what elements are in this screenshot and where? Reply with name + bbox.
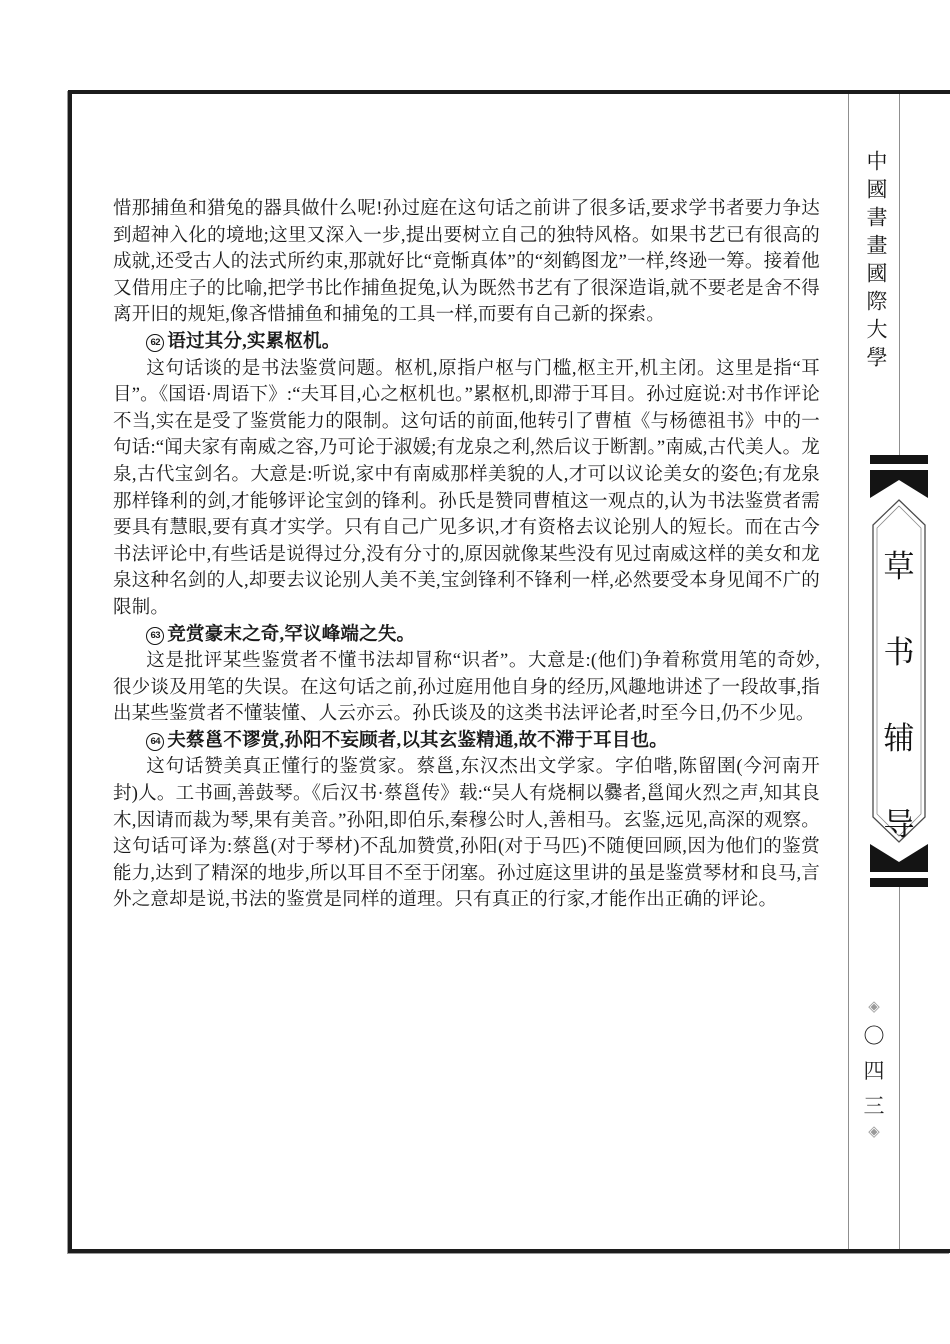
book-title-cartouche: 草 书 辅 导 bbox=[870, 455, 928, 887]
ornament-bottom-ribbon bbox=[870, 844, 928, 872]
paragraph: 惜那捕鱼和猎兔的器具做什么呢!孙过庭在这句话之前讲了很多话,要求学书者要力争达到… bbox=[113, 196, 820, 329]
book-title-char: 导 bbox=[884, 799, 915, 844]
section-heading-text: 语过其分,实累枢机。 bbox=[167, 332, 340, 352]
section-heading-text: 竞赏豪末之奇,罕议峰端之失。 bbox=[167, 625, 415, 645]
section-heading: 63竞赏豪末之奇,罕议峰端之失。 bbox=[113, 622, 820, 649]
page-number-char: 四 bbox=[864, 1055, 885, 1085]
circled-number-icon: 64 bbox=[146, 733, 164, 751]
paragraph: 这句话谈的是书法鉴赏问题。枢机,原指户枢与门槛,枢主开,机主闭。这里是指“耳目”… bbox=[113, 356, 820, 622]
university-title: 中國書畫國際大學 bbox=[861, 150, 891, 374]
circled-number-icon: 63 bbox=[146, 627, 164, 645]
book-title-char: 草 bbox=[884, 541, 915, 586]
ornament-top-ribbon bbox=[870, 470, 928, 498]
section-heading-text: 夫蔡邕不谬赏,孙阳不妄顾者,以其玄鉴精通,故不滞于耳目也。 bbox=[167, 731, 668, 751]
section-heading: 64夫蔡邕不谬赏,孙阳不妄顾者,以其玄鉴精通,故不滞于耳目也。 bbox=[113, 728, 820, 755]
circled-number-icon: 62 bbox=[146, 334, 164, 352]
ornament-top-bar bbox=[870, 455, 928, 464]
diamond-icon: ◈ bbox=[868, 1000, 880, 1015]
book-title-char: 书 bbox=[884, 627, 915, 672]
paragraph: 这是批评某些鉴赏者不懂书法却冒称“识者”。大意是:(他们)争着称赏用笔的奇妙,很… bbox=[113, 648, 820, 728]
main-text-column: 惜那捕鱼和猎兔的器具做什么呢!孙过庭在这句话之前讲了很多话,要求学书者要力争达到… bbox=[113, 196, 820, 914]
paragraph: 这句话赞美真正懂行的鉴赏家。蔡邕,东汉杰出文学家。字伯喈,陈留圉(今河南开封)人… bbox=[113, 754, 820, 914]
page-number: ◈ 〇 四 三 ◈ bbox=[848, 1000, 900, 1140]
book-title: 草 书 辅 导 bbox=[870, 541, 928, 844]
page-number-char: 〇 bbox=[864, 1020, 885, 1050]
page-number-char: 三 bbox=[864, 1090, 885, 1120]
section-heading: 62语过其分,实累枢机。 bbox=[113, 329, 820, 356]
diamond-icon: ◈ bbox=[868, 1125, 880, 1140]
book-title-char: 辅 bbox=[884, 713, 915, 758]
ornament-bottom-bar bbox=[870, 878, 928, 887]
